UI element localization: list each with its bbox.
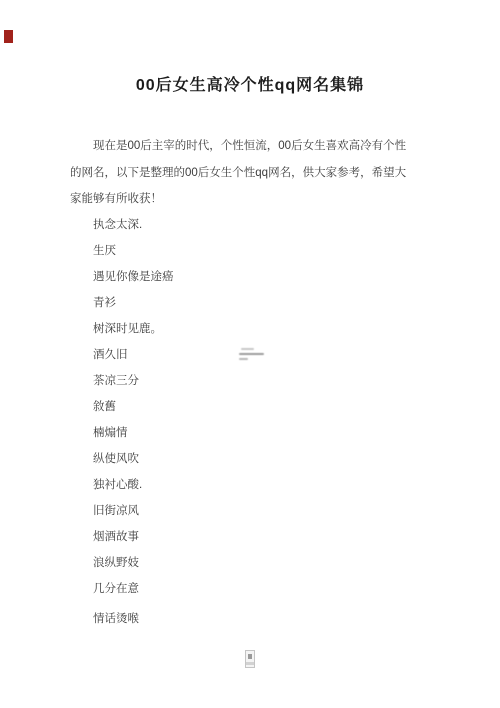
list-item: 独衬心酸.: [93, 472, 174, 498]
list-item: 树深时见鹿。: [93, 316, 174, 342]
intro-paragraph: 现在是00后主宰的时代，个性恒流，00后女生喜欢高冷有个性的网名，以下是整理的0…: [70, 133, 412, 213]
list-item: 情话烫喉: [93, 606, 174, 632]
watermark-smudge: [239, 348, 265, 363]
list-item: 敘舊: [93, 394, 174, 420]
list-item: 遇见你像是途癌: [93, 264, 174, 290]
watermark-line: [239, 353, 264, 355]
list-item: 浪纵野妓: [93, 550, 174, 576]
red-corner-marker: [4, 30, 13, 43]
list-item: 楠煽情: [93, 420, 174, 446]
document-page: 00后女生高冷个性qq网名集锦 现在是00后主宰的时代，个性恒流，00后女生喜欢…: [0, 0, 500, 708]
list-item: 酒久旧: [93, 342, 174, 368]
list-item: 茶凉三分: [93, 368, 174, 394]
footer-glyph-box: [245, 650, 255, 668]
list-item: 纵使风吹: [93, 446, 174, 472]
watermark-line: [239, 358, 248, 360]
glyph-box-band: [246, 662, 254, 665]
glyph-box-dot: [248, 654, 252, 659]
list-item: 执念太深.: [93, 212, 174, 238]
list-item: 生厌: [93, 238, 174, 264]
list-item: 青衫: [93, 290, 174, 316]
list-item: 几分在意: [93, 576, 174, 602]
watermark-line: [241, 348, 254, 350]
list-item: 旧街凉风: [93, 498, 174, 524]
list-item: 烟酒故事: [93, 524, 174, 550]
page-title: 00后女生高冷个性qq网名集锦: [0, 72, 500, 95]
nickname-list: 执念太深.生厌遇见你像是途癌青衫树深时见鹿。酒久旧茶凉三分敘舊楠煽情纵使风吹独衬…: [93, 212, 174, 632]
